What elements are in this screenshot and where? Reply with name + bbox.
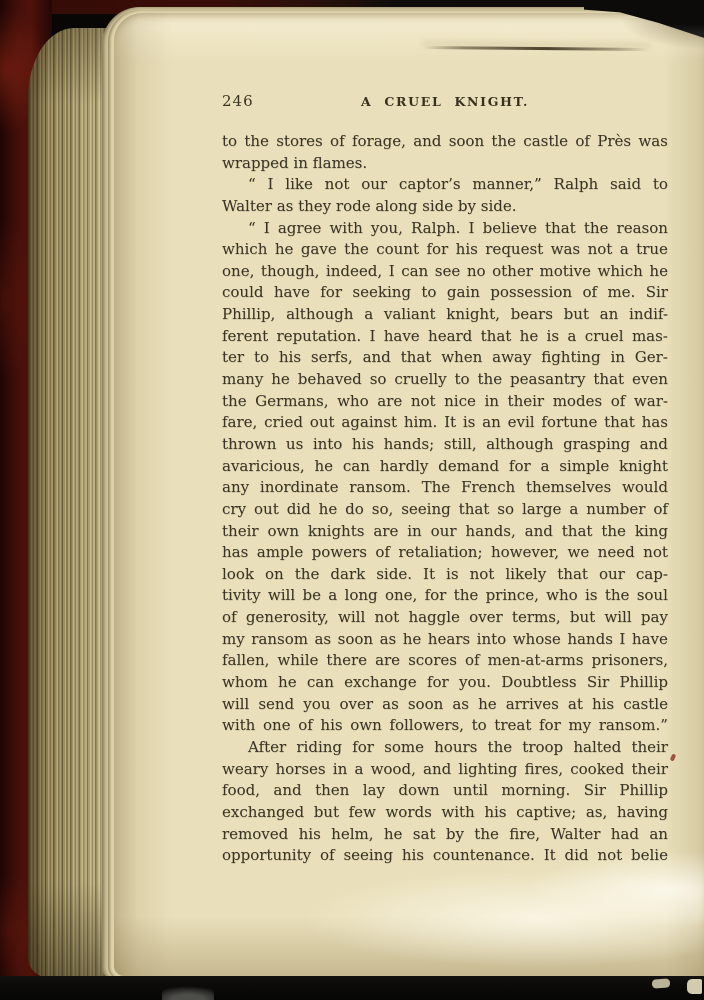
book-page: 246 A CRUEL KNIGHT. tothestoresofforage,…: [114, 13, 704, 976]
text-line: willsendyouoverassoonashearrivesathiscas…: [222, 694, 668, 716]
text-line: tothestoresofforage,andsoonthecastleofPr…: [222, 131, 668, 153]
text-line: theirownknightsareinourhands,andthatthek…: [222, 521, 668, 543]
page-corner-artifact: [652, 978, 671, 988]
text-line: tertohisserfs,andthatwhenawayfightinginG…: [222, 347, 668, 369]
text-line: withoneofhisownfollowers,totreatformyran…: [222, 715, 668, 737]
text-line: food,andthenlaydownuntilmorning.SirPhill…: [222, 780, 668, 802]
text-line: avaricious,hecanhardlydemandforasimplekn…: [222, 456, 668, 478]
text-line: myransomassoonashehearsintowhosehandsIha…: [222, 629, 668, 651]
text-line: one,though,indeed,Icanseenoothermotivewh…: [222, 261, 668, 283]
text-line: Phillip,althoughavaliantknight,bearsbuta…: [222, 304, 668, 326]
text-line: whichhegavethecountforhisrequestwasnotat…: [222, 239, 668, 261]
text-line: whomhecanexchangeforyou.DoubtlessSirPhil…: [222, 672, 668, 694]
ink-speck: [670, 753, 677, 761]
text-line: “Iagreewithyou,Ralph.Ibelievethatthereas…: [222, 218, 668, 240]
text-line: anyinordinateransom.TheFrenchthemselvesw…: [222, 477, 668, 499]
page-content: 246 A CRUEL KNIGHT. tothestoresofforage,…: [222, 92, 668, 867]
text-line: manyhebehavedsocruellytothepeasantrythat…: [222, 369, 668, 391]
text-line: “Ilikenotourcaptor’smanner,”Ralphsaidto: [222, 174, 668, 196]
text-line: Walter as they rode along side by side.: [222, 196, 668, 218]
text-line: ferentreputation.Ihaveheardthatheisacrue…: [222, 326, 668, 348]
scanner-clamp-artifact: [162, 985, 214, 1000]
running-title: A CRUEL KNIGHT.: [361, 94, 529, 109]
scanner-background-bottom: [0, 976, 704, 1000]
text-line: removedhishelm,hesatbythefire,Walterhada…: [222, 824, 668, 846]
text-line: hasamplepowersofretaliation;however,wene…: [222, 542, 668, 564]
page-corner-artifact: [687, 979, 702, 994]
text-line: opportunityofseeinghiscountenance.Itdidn…: [222, 845, 668, 867]
book-scan: 246 A CRUEL KNIGHT. tothestoresofforage,…: [0, 0, 704, 1000]
page-number: 246: [222, 92, 254, 110]
text-line: tivitywillbealongone,fortheprince,whoist…: [222, 585, 668, 607]
text-line: ofgenerosity,willnothaggleoverterms,butw…: [222, 607, 668, 629]
text-line: couldhaveforseekingtogainpossessionofme.…: [222, 282, 668, 304]
text-line: theGermans,whoarenotniceintheirmodesofwa…: [222, 391, 668, 413]
text-line: Afterridingforsomehoursthetroophaltedthe…: [222, 737, 668, 759]
body-text: tothestoresofforage,andsoonthecastleofPr…: [222, 131, 668, 867]
text-line: fallen,whiletherearescoresofmen-at-armsp…: [222, 650, 668, 672]
text-line: lookonthedarkside.Itisnotlikelythatourca…: [222, 564, 668, 586]
text-line: exchangedbutfewwordswithhiscaptive;as,ha…: [222, 802, 668, 824]
text-line: cryoutdidhedoso,seeingthatsolargeanumber…: [222, 499, 668, 521]
text-line: fare,criedoutagainsthim.Itisanevilfortun…: [222, 412, 668, 434]
text-line: wrapped in flames.: [222, 153, 668, 175]
page-header: 246 A CRUEL KNIGHT.: [222, 92, 668, 110]
text-line: wearyhorsesinawood,andlightingfires,cook…: [222, 759, 668, 781]
text-line: thrownusintohishands;still,althoughgrasp…: [222, 434, 668, 456]
